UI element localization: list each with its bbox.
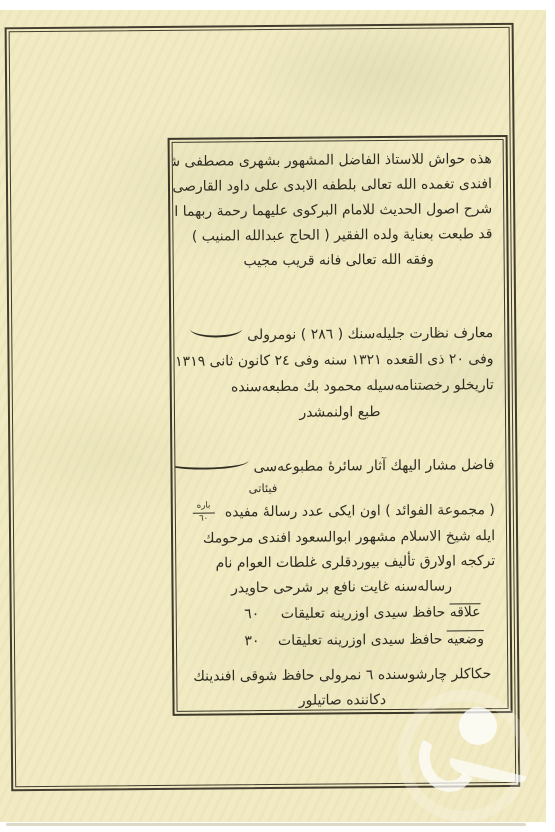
para-unit: باره	[193, 502, 215, 514]
text-line-centered: وفقه الله تعالى فانه قريب مجيب	[185, 247, 493, 275]
published-works-block: فاضل مشار اليهك آثار سائرهٔ مطبوعه‌سى في…	[186, 453, 496, 656]
text-line: قد طبعت بعناية ولده الفقير ( الحاج عبدال…	[184, 222, 492, 250]
works-heading-text: فاضل مشار اليهك آثار سائرهٔ مطبوعه‌سى	[254, 457, 495, 475]
seller-block: حكاكلر چارشوسنده ٦ نمرولى حافظ شوقى افند…	[188, 662, 496, 711]
text-line: افندى تغمده الله تعالى بلطفه الابدى على …	[184, 172, 492, 200]
book-title: ( مجموعة الفوائد ) اون ايكى عدد رسالهٔ م…	[225, 497, 495, 526]
text-line-centered: حكاكلر چارشوسنده ٦ نمرولى حافظ شوقى افند…	[188, 662, 496, 690]
text-line: وفى ٢٠ ذى القعده ١٣٢١ سنه وفى ٢٤ كانون ث…	[185, 346, 493, 375]
flourish-stroke	[173, 460, 249, 470]
paper-edge-shadow	[6, 823, 526, 826]
screenshot-root: { "page": { "kind": "scanned lithographe…	[0, 0, 555, 832]
text-line-centered: دكاننده صاتيلور	[188, 687, 496, 711]
book-title-row: ( مجموعة الفوائد ) اون ايكى عدد رسالهٔ م…	[187, 497, 495, 527]
text-line: ايله شيخ الاسلام مشهور ابوالسعود افندى م…	[187, 524, 495, 552]
price-row: ٦٠ علاقه حافظ سيدى اوزرينه تعليقات	[188, 599, 496, 629]
price-title: وضعيه حافظ سيدى اوزرينه تعليقات	[266, 626, 496, 655]
flourish-stroke	[190, 328, 242, 337]
text-panel-content: هذه حواش للاستاذ الفاضل المشهور بشهرى مص…	[173, 140, 508, 711]
text-line: تاريخلو رخصتنامه‌سيله محمود بك مطبعه‌سند…	[186, 372, 494, 401]
text-panel: هذه حواش للاستاذ الفاضل المشهور بشهرى مص…	[168, 135, 513, 716]
para-price-fraction: باره ٦٠	[193, 502, 215, 525]
scan-tilt-layer: هذه حواش للاستاذ الفاضل المشهور بشهرى مص…	[0, 8, 550, 825]
dedication-block: هذه حواش للاستاذ الفاضل المشهور بشهرى مص…	[184, 147, 493, 275]
works-heading: فاضل مشار اليهك آثار سائرهٔ مطبوعه‌سى	[186, 453, 494, 481]
license-number-line: معارف نظارت جليله‌سنك ( ٢٨٦ ) نومرولى	[247, 325, 493, 343]
printing-license-block: معارف نظارت جليله‌سنك ( ٢٨٦ ) نومرولى وف…	[185, 320, 494, 427]
price-label: فيئاتى	[187, 478, 495, 498]
text-line-centered: رساله‌سنه غايت نافع بر شرحى حاويدر	[187, 574, 495, 602]
text-line: شرح اصول الحديث للامام البركوى عليهما رح…	[184, 197, 492, 225]
price-amount: ٦٠	[238, 601, 266, 628]
price-title: علاقه حافظ سيدى اوزرينه تعليقات	[266, 599, 496, 628]
price-row: ٣٠ وضعيه حافظ سيدى اوزرينه تعليقات	[188, 626, 496, 656]
text-line: تركجه اولارق تأليف بيوردقلرى غلطات العوا…	[187, 549, 495, 577]
scanned-page: هذه حواش للاستاذ الفاضل المشهور بشهرى مص…	[0, 10, 546, 822]
price-amount: ٣٠	[238, 628, 266, 655]
para-value: ٦٠	[199, 514, 208, 525]
text-line: معارف نظارت جليله‌سنك ( ٢٨٦ ) نومرولى	[185, 320, 493, 349]
text-line: هذه حواش للاستاذ الفاضل المشهور بشهرى مص…	[184, 147, 492, 175]
text-line-centered: طبع اولنمشدر	[186, 398, 494, 427]
